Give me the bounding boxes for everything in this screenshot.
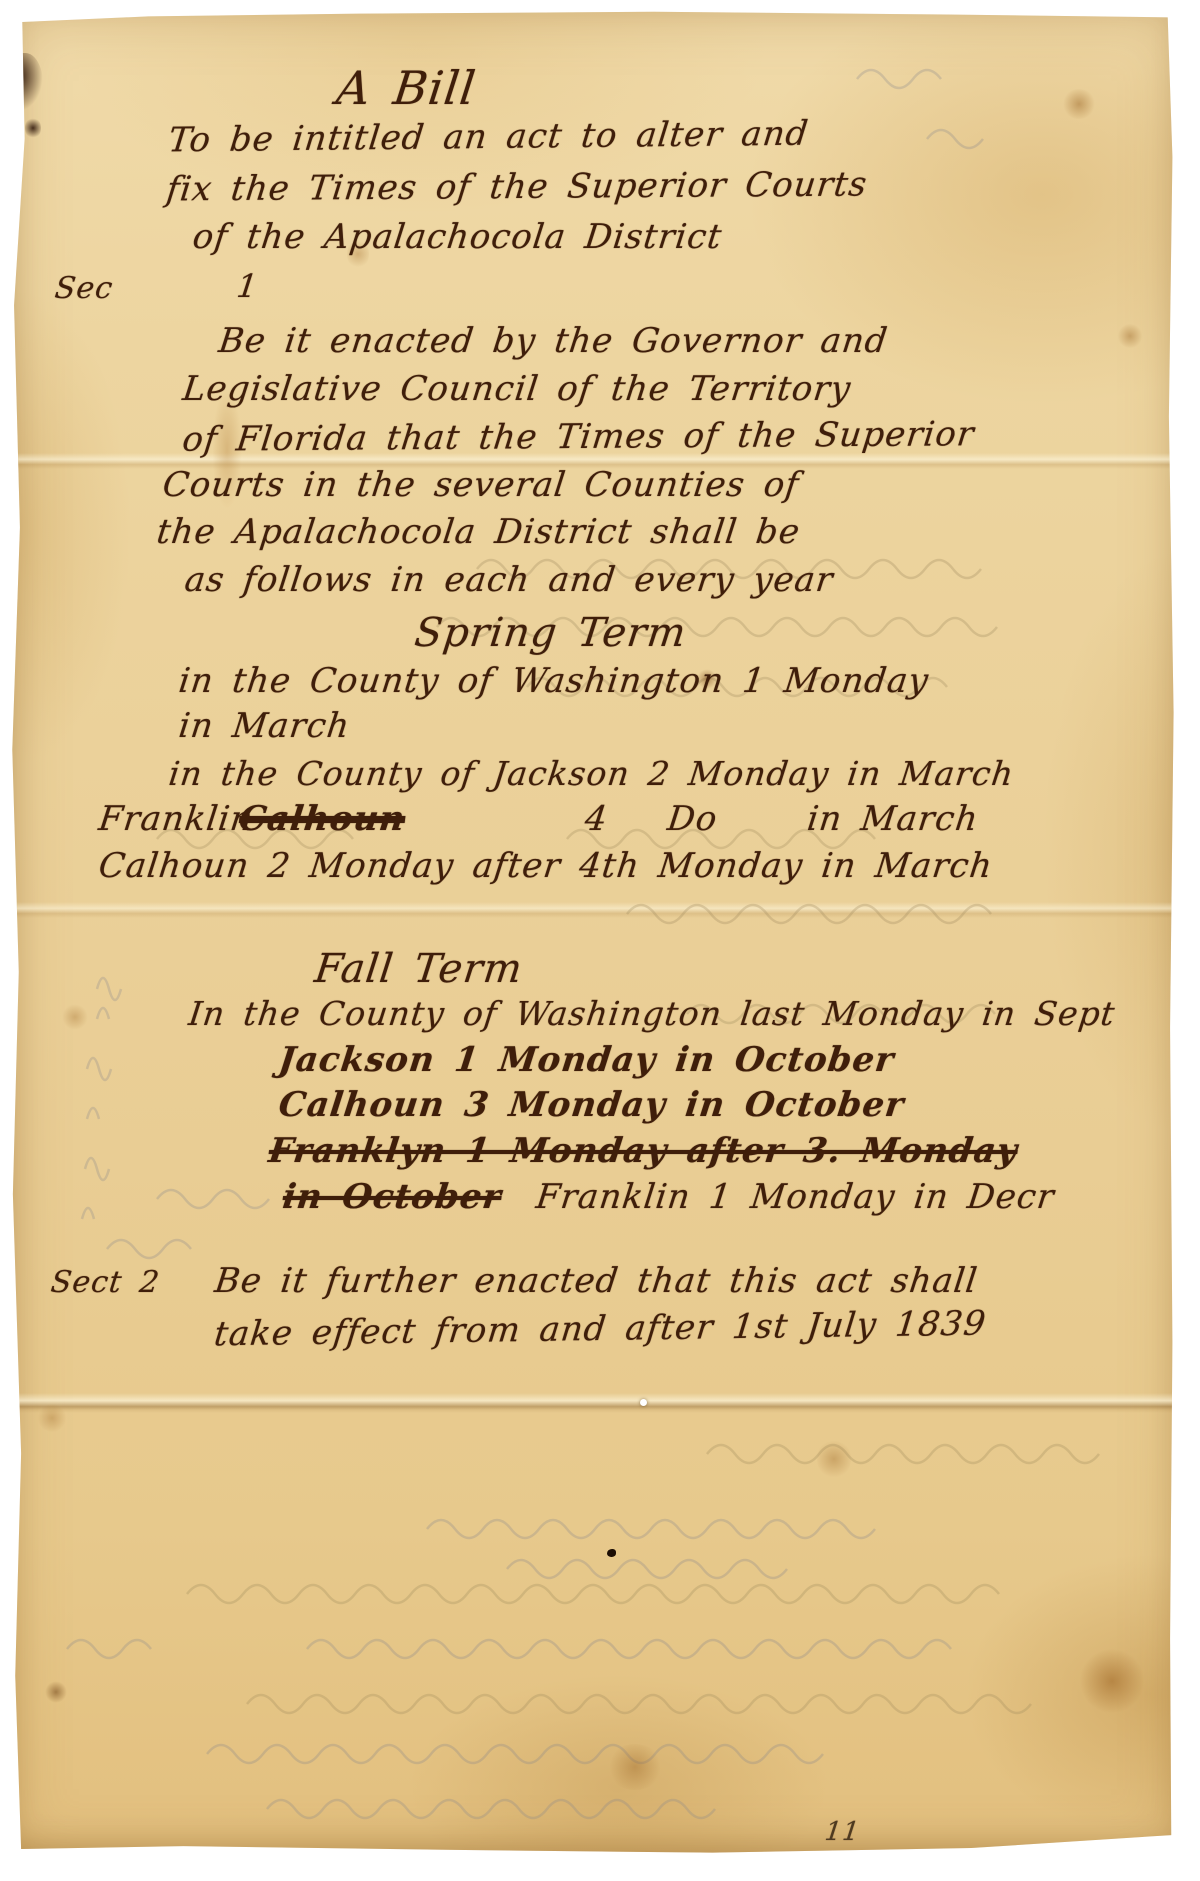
term-entry: in the County of Jackson 2 Monday in Mar… xyxy=(167,754,1017,793)
caption-line: To be intitled an act to alter and xyxy=(166,114,810,161)
ditto-mark: Do xyxy=(665,799,720,839)
enacting-line: Legislative Council of the Territory xyxy=(181,369,854,409)
spring-term-heading: Spring Term xyxy=(412,610,689,656)
corrected-entry: Franklin 1 Monday in Decr xyxy=(534,1177,1057,1217)
paper-stain xyxy=(62,1004,88,1030)
struck-month: in October xyxy=(281,1177,504,1217)
enacting-line: Courts in the several Counties of xyxy=(161,465,802,505)
term-entry: Calhoun 3 Monday in October xyxy=(277,1085,907,1125)
paper-stain xyxy=(1117,324,1143,348)
struck-county-name: Calhoun xyxy=(237,799,408,839)
section2-line: take effect from and after 1st July 1839 xyxy=(212,1304,988,1355)
fold-crease xyxy=(7,902,1183,918)
section-label: Sect 2 xyxy=(49,1265,162,1300)
struck-term-entry: Franklyn 1 Monday after 3. Monday xyxy=(267,1131,1021,1171)
paper-stain xyxy=(45,1681,67,1703)
term-entry-corrected: in October Franklin 1 Monday in Decr xyxy=(281,1177,1057,1217)
section2-line: Be it further enacted that this act shal… xyxy=(213,1261,980,1301)
enacting-line: of Florida that the Times of the Superio… xyxy=(180,414,976,460)
fall-term-heading: Fall Term xyxy=(312,946,525,992)
ink-blotch xyxy=(9,53,43,111)
enacting-line: as follows in each and every year xyxy=(183,560,836,600)
enacting-line: Be it enacted by the Governor and xyxy=(217,321,891,361)
paper-stain xyxy=(817,1439,851,1479)
bleed-through-writing xyxy=(7,9,1183,1861)
county-name: Franklin xyxy=(97,799,256,839)
paper-stain xyxy=(37,1404,67,1432)
bill-title: A Bill xyxy=(334,61,479,115)
ink-fleck xyxy=(607,1549,616,1557)
week-number: 4 xyxy=(583,799,611,839)
term-entry: in March xyxy=(177,706,353,746)
paper-stain xyxy=(1062,89,1096,119)
manuscript-paper: A Bill To be intitled an act to alter an… xyxy=(7,9,1183,1861)
term-entry: In the County of Washington last Monday … xyxy=(187,994,1118,1033)
month-text: in March xyxy=(805,799,981,839)
term-entry: Calhoun 2 Monday after 4th Monday in Mar… xyxy=(97,846,996,886)
paper-stain xyxy=(1077,1649,1147,1713)
paper-stain xyxy=(607,1744,663,1790)
term-entry-franklin: FranklinCalhoun4Doin March xyxy=(97,799,981,839)
pinhole xyxy=(640,1399,647,1406)
section-number: 1 xyxy=(235,267,261,305)
term-entry: Jackson 1 Monday in October xyxy=(277,1040,897,1080)
caption-line: of the Apalachocola District xyxy=(191,217,725,257)
scanned-manuscript-page: { "manuscript": { "title": "A Bill", "ca… xyxy=(0,0,1200,1881)
caption-line: fix the Times of the Superior Courts xyxy=(164,165,869,210)
section-label: Sec xyxy=(53,271,115,306)
enacting-line: the Apalachocola District shall be xyxy=(155,512,803,552)
page-number: 11 xyxy=(823,1817,862,1847)
term-entry: in the County of Washington 1 Monday xyxy=(177,661,932,701)
fold-crease xyxy=(7,1393,1183,1413)
ink-blotch xyxy=(25,117,41,139)
